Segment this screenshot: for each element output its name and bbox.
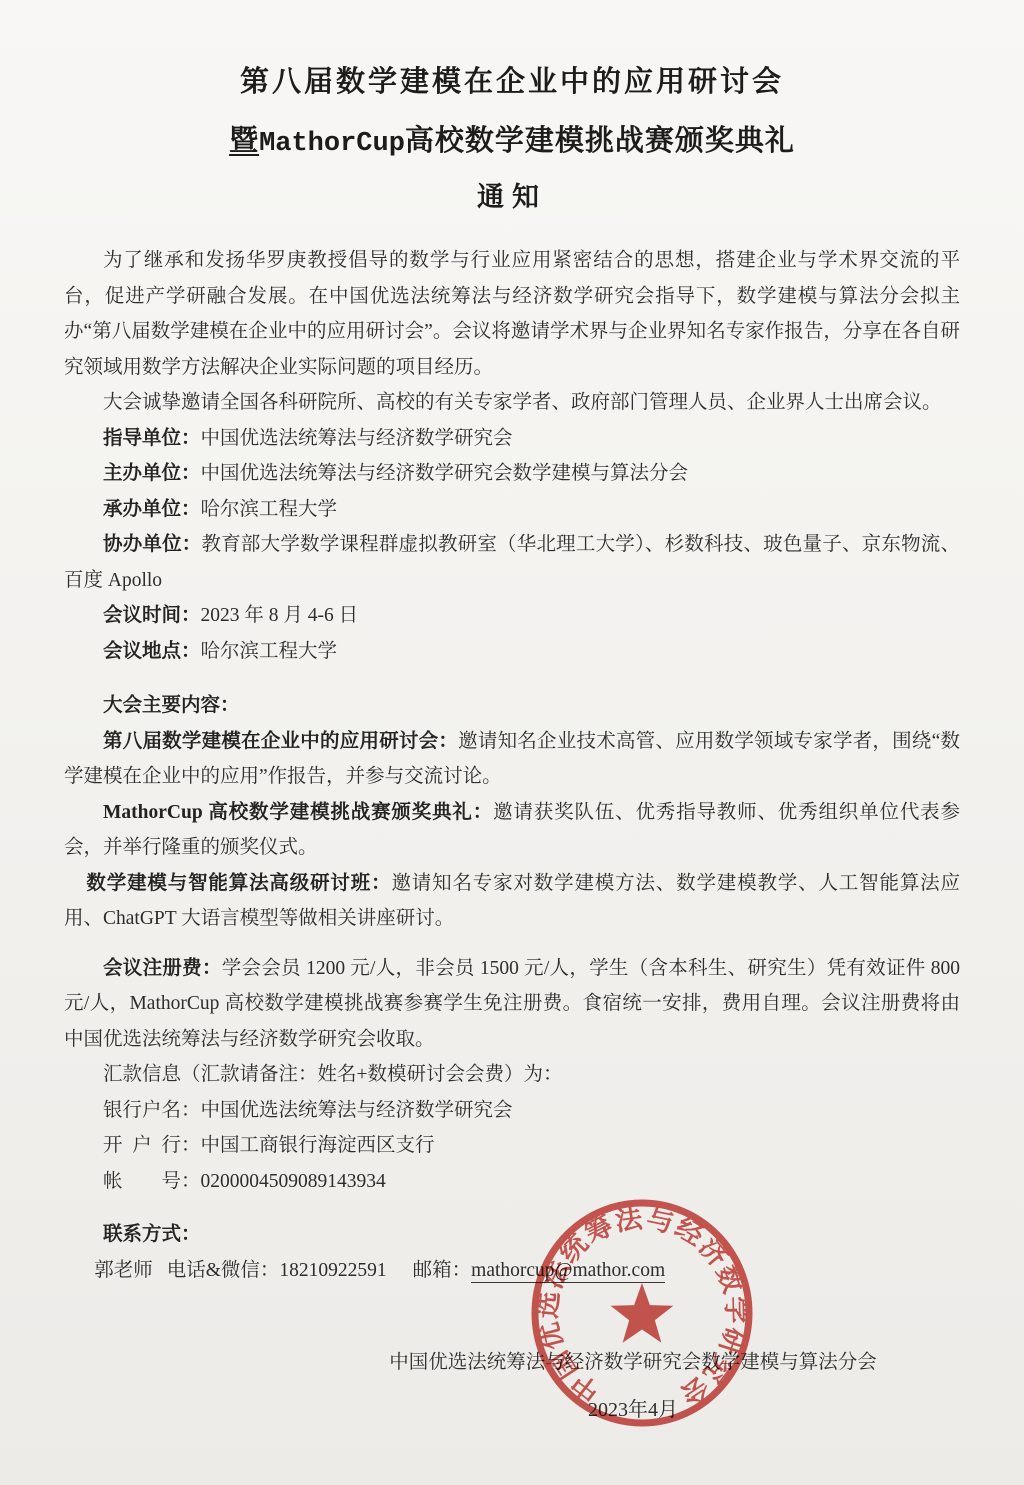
document-page: 第八届数学建模在企业中的应用研讨会 暨MathorCup高校数学建模挑战赛颁奖典… [0,0,1024,1485]
organizer-line-guidance: 指导单位：中国优选法统筹法与经济数学研究会 [64,421,960,457]
organizer-label: 指导单位： [103,428,201,449]
bank-value: 0200004509089143934 [201,1171,386,1192]
remittance-note: 汇款信息（汇款请备注：姓名+数模研讨会会费）为： [64,1057,960,1093]
bank-label: 银行户名： [103,1100,201,1121]
meeting-time-label: 会议时间： [103,605,201,626]
registration-label: 会议注册费： [103,958,222,979]
footer-block: 中国优选法统筹法与经济数学研究会数学建模与算法分会 2023年4月 [185,1345,1024,1428]
organizer-label: 承办单位： [103,499,201,520]
agenda-item-symposium: 第八届数学建模在企业中的应用研讨会：邀请知名企业技术高管、应用数学领域专家学者，… [64,724,960,795]
phone-number: 18210922591 [279,1260,386,1281]
contact-person: 郭老师 [94,1260,153,1281]
organizer-value: 中国优选法统筹法与经济数学研究会数学建模与算法分会 [201,463,689,484]
organizer-value: 哈尔滨工程大学 [201,499,338,520]
registration-paragraph: 会议注册费：学会会员 1200 元/人，非会员 1500 元/人，学生（含本科生… [64,951,960,1058]
contact-heading-label: 联系方式： [103,1224,201,1245]
doc-title-line1: 第八届数学建模在企业中的应用研讨会 [64,66,960,98]
bank-value: 中国工商银行海淀西区支行 [201,1135,435,1156]
meeting-place-line: 会议地点：哈尔滨工程大学 [64,634,960,670]
meeting-time-line: 会议时间：2023 年 8 月 4-6 日 [64,598,960,634]
email-label: 邮箱： [413,1260,472,1281]
organizer-label: 协办单位： [103,534,202,555]
title-line2-rest: 高校数学建模挑战赛颁奖典礼 [405,125,795,157]
bank-label: 帐 号： [103,1171,201,1192]
organizer-label: 主办单位： [103,463,201,484]
agenda-heading: 大会主要内容： [64,688,960,724]
phone-label: 电话&微信： [167,1260,280,1281]
agenda-item-label: MathorCup 高校数学建模挑战赛颁奖典礼： [103,802,493,823]
bank-account-name-line: 银行户名：中国优选法统筹法与经济数学研究会 [64,1093,960,1129]
bank-branch-line: 开 户 行：中国工商银行海淀西区支行 [64,1128,960,1164]
contact-heading: 联系方式： [64,1217,960,1253]
organizer-line-host: 主办单位：中国优选法统筹法与经济数学研究会数学建模与算法分会 [64,456,960,492]
organizer-value: 中国优选法统筹法与经济数学研究会 [201,428,513,449]
title-mathorcup: MathorCup [259,129,405,159]
date-line: 2023年4月 [185,1393,1024,1429]
signature-line: 中国优选法统筹法与经济数学研究会数学建模与算法分会 [185,1345,1024,1381]
organizer-line-undertaker: 承办单位：哈尔滨工程大学 [64,492,960,528]
bank-account-number-line: 帐 号：0200004509089143934 [64,1164,960,1200]
organizer-line-coorganizers: 协办单位：教育部大学数学课程群虚拟教研室（华北理工大学）、杉数科技、玻色量子、京… [64,527,960,598]
document-content: 第八届数学建模在企业中的应用研讨会 暨MathorCup高校数学建模挑战赛颁奖典… [0,0,1024,1428]
agenda-heading-label: 大会主要内容： [103,695,240,716]
intro-paragraph: 为了继承和发扬华罗庚教授倡导的数学与行业应用紧密结合的思想，搭建企业与学术界交流… [64,243,960,385]
agenda-item-award-ceremony: MathorCup 高校数学建模挑战赛颁奖典礼：邀请获奖队伍、优秀指导教师、优秀… [64,795,960,866]
agenda-item-label: 数学建模与智能算法高级研讨班： [86,873,391,894]
agenda-item-label: 第八届数学建模在企业中的应用研讨会： [103,731,458,752]
email-link[interactable]: mathorcup@mathor.com [471,1260,665,1283]
contact-line: 郭老师电话&微信：18210922591邮箱：mathorcup@mathor.… [64,1253,960,1289]
doc-title-line2: 暨MathorCup高校数学建模挑战赛颁奖典礼 [64,125,960,160]
title-ji-underlined: 暨 [229,125,259,157]
doc-title-notice: 通知 [64,181,960,213]
meeting-place-value: 哈尔滨工程大学 [201,641,338,662]
meeting-place-label: 会议地点： [103,641,201,662]
agenda-item-seminar: 数学建模与智能算法高级研讨班：邀请知名专家对数学建模方法、数学建模教学、人工智能… [64,866,960,937]
bank-value: 中国优选法统筹法与经济数学研究会 [201,1100,513,1121]
bank-label: 开 户 行： [103,1135,201,1156]
invitation-paragraph: 大会诚挚邀请全国各科研院所、高校的有关专家学者、政府部门管理人员、企业界人士出席… [64,385,960,421]
meeting-time-value: 2023 年 8 月 4-6 日 [201,605,359,626]
